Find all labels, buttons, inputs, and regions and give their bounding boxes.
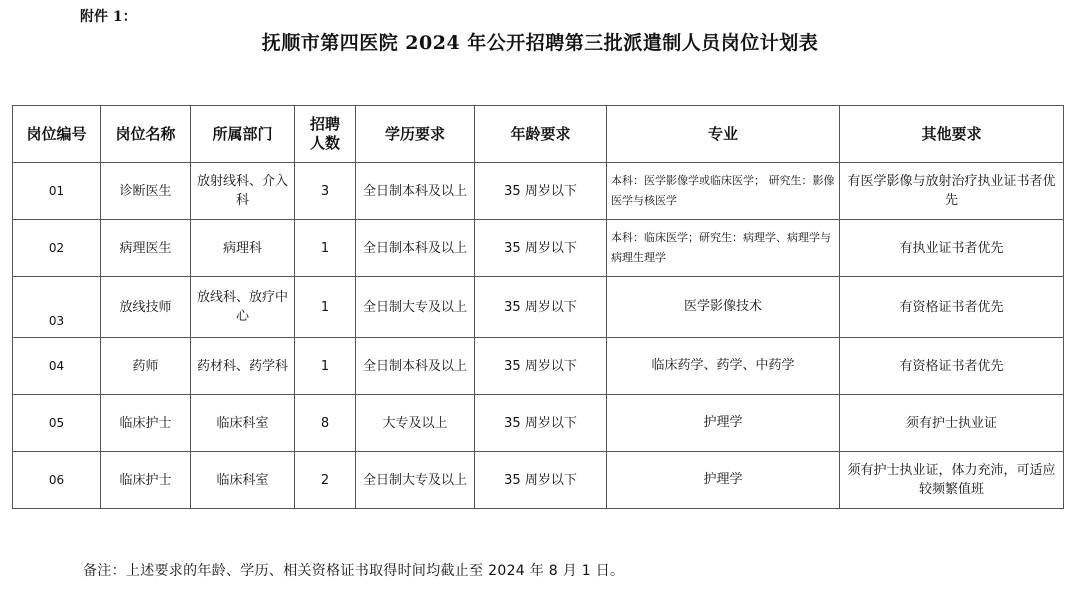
cell-major: 护理学 (607, 452, 840, 509)
cell-name: 病理医生 (101, 220, 191, 277)
cell-education: 大专及以上 (356, 395, 475, 452)
cell-dept: 病理科 (191, 220, 295, 277)
cell-count: 1 (295, 220, 356, 277)
header-code: 岗位编号 (13, 106, 101, 163)
cell-name: 诊断医生 (101, 163, 191, 220)
cell-code: 05 (13, 395, 101, 452)
cell-dept: 药材科、药学科 (191, 338, 295, 395)
cell-count: 3 (295, 163, 356, 220)
cell-age: 35 周岁以下 (475, 163, 607, 220)
cell-count: 8 (295, 395, 356, 452)
cell-code: 06 (13, 452, 101, 509)
table-row: 05 临床护士 临床科室 8 大专及以上 35 周岁以下 护理学 须有护士执业证 (13, 395, 1064, 452)
header-dept: 所属部门 (191, 106, 295, 163)
cell-count: 1 (295, 338, 356, 395)
cell-age: 35 周岁以下 (475, 220, 607, 277)
header-other: 其他要求 (840, 106, 1064, 163)
cell-major: 临床药学、药学、中药学 (607, 338, 840, 395)
cell-other: 有执业证书者优先 (840, 220, 1064, 277)
footnote: 备注：上述要求的年龄、学历、相关资格证书取得时间均截止至 2024 年 8 月 … (83, 560, 624, 580)
cell-code: 01 (13, 163, 101, 220)
cell-code: 04 (13, 338, 101, 395)
header-count-line2: 人数 (310, 134, 340, 152)
cell-age: 35 周岁以下 (475, 452, 607, 509)
table-row: 06 临床护士 临床科室 2 全日制大专及以上 35 周岁以下 护理学 须有护士… (13, 452, 1064, 509)
cell-name: 临床护士 (101, 452, 191, 509)
cell-count: 1 (295, 277, 356, 338)
cell-count: 2 (295, 452, 356, 509)
header-education: 学历要求 (356, 106, 475, 163)
cell-dept: 临床科室 (191, 395, 295, 452)
cell-other: 有医学影像与放射治疗执业证书者优先 (840, 163, 1064, 220)
table-row: 03 放线技师 放线科、放疗中心 1 全日制大专及以上 35 周岁以下 医学影像… (13, 277, 1064, 338)
cell-age: 35 周岁以下 (475, 395, 607, 452)
cell-age: 35 周岁以下 (475, 338, 607, 395)
table-row: 04 药师 药材科、药学科 1 全日制本科及以上 35 周岁以下 临床药学、药学… (13, 338, 1064, 395)
cell-education: 全日制本科及以上 (356, 338, 475, 395)
cell-name: 临床护士 (101, 395, 191, 452)
cell-dept: 临床科室 (191, 452, 295, 509)
cell-education: 全日制大专及以上 (356, 452, 475, 509)
cell-education: 全日制本科及以上 (356, 220, 475, 277)
cell-dept: 放射线科、介入科 (191, 163, 295, 220)
cell-age: 35 周岁以下 (475, 277, 607, 338)
cell-other: 须有护士执业证 (840, 395, 1064, 452)
cell-name: 放线技师 (101, 277, 191, 338)
cell-education: 全日制大专及以上 (356, 277, 475, 338)
table-row: 02 病理医生 病理科 1 全日制本科及以上 35 周岁以下 本科：临床医学；研… (13, 220, 1064, 277)
cell-dept: 放线科、放疗中心 (191, 277, 295, 338)
header-name: 岗位名称 (101, 106, 191, 163)
cell-major: 护理学 (607, 395, 840, 452)
header-major: 专业 (607, 106, 840, 163)
header-count-line1: 招聘 (310, 115, 340, 133)
header-age: 年龄要求 (475, 106, 607, 163)
cell-code: 02 (13, 220, 101, 277)
cell-major: 本科：临床医学；研究生：病理学、病理学与病理生理学 (607, 220, 840, 277)
table-row: 01 诊断医生 放射线科、介入科 3 全日制本科及以上 35 周岁以下 本科：医… (13, 163, 1064, 220)
cell-major: 本科：医学影像学或临床医学； 研究生：影像医学与核医学 (607, 163, 840, 220)
cell-code: 03 (13, 277, 101, 338)
cell-other: 有资格证书者优先 (840, 338, 1064, 395)
cell-other: 须有护士执业证，体力充沛，可适应较频繁值班 (840, 452, 1064, 509)
position-plan-table: 岗位编号 岗位名称 所属部门 招聘人数 学历要求 年龄要求 专业 其他要求 01… (12, 105, 1064, 509)
cell-name: 药师 (101, 338, 191, 395)
attachment-label: 附件 1： (80, 6, 137, 26)
cell-other: 有资格证书者优先 (840, 277, 1064, 338)
document-title: 抚顺市第四医院 2024 年公开招聘第三批派遣制人员岗位计划表 (0, 28, 1080, 55)
header-count: 招聘人数 (295, 106, 356, 163)
cell-major: 医学影像技术 (607, 277, 840, 338)
table-header-row: 岗位编号 岗位名称 所属部门 招聘人数 学历要求 年龄要求 专业 其他要求 (13, 106, 1064, 163)
cell-education: 全日制本科及以上 (356, 163, 475, 220)
